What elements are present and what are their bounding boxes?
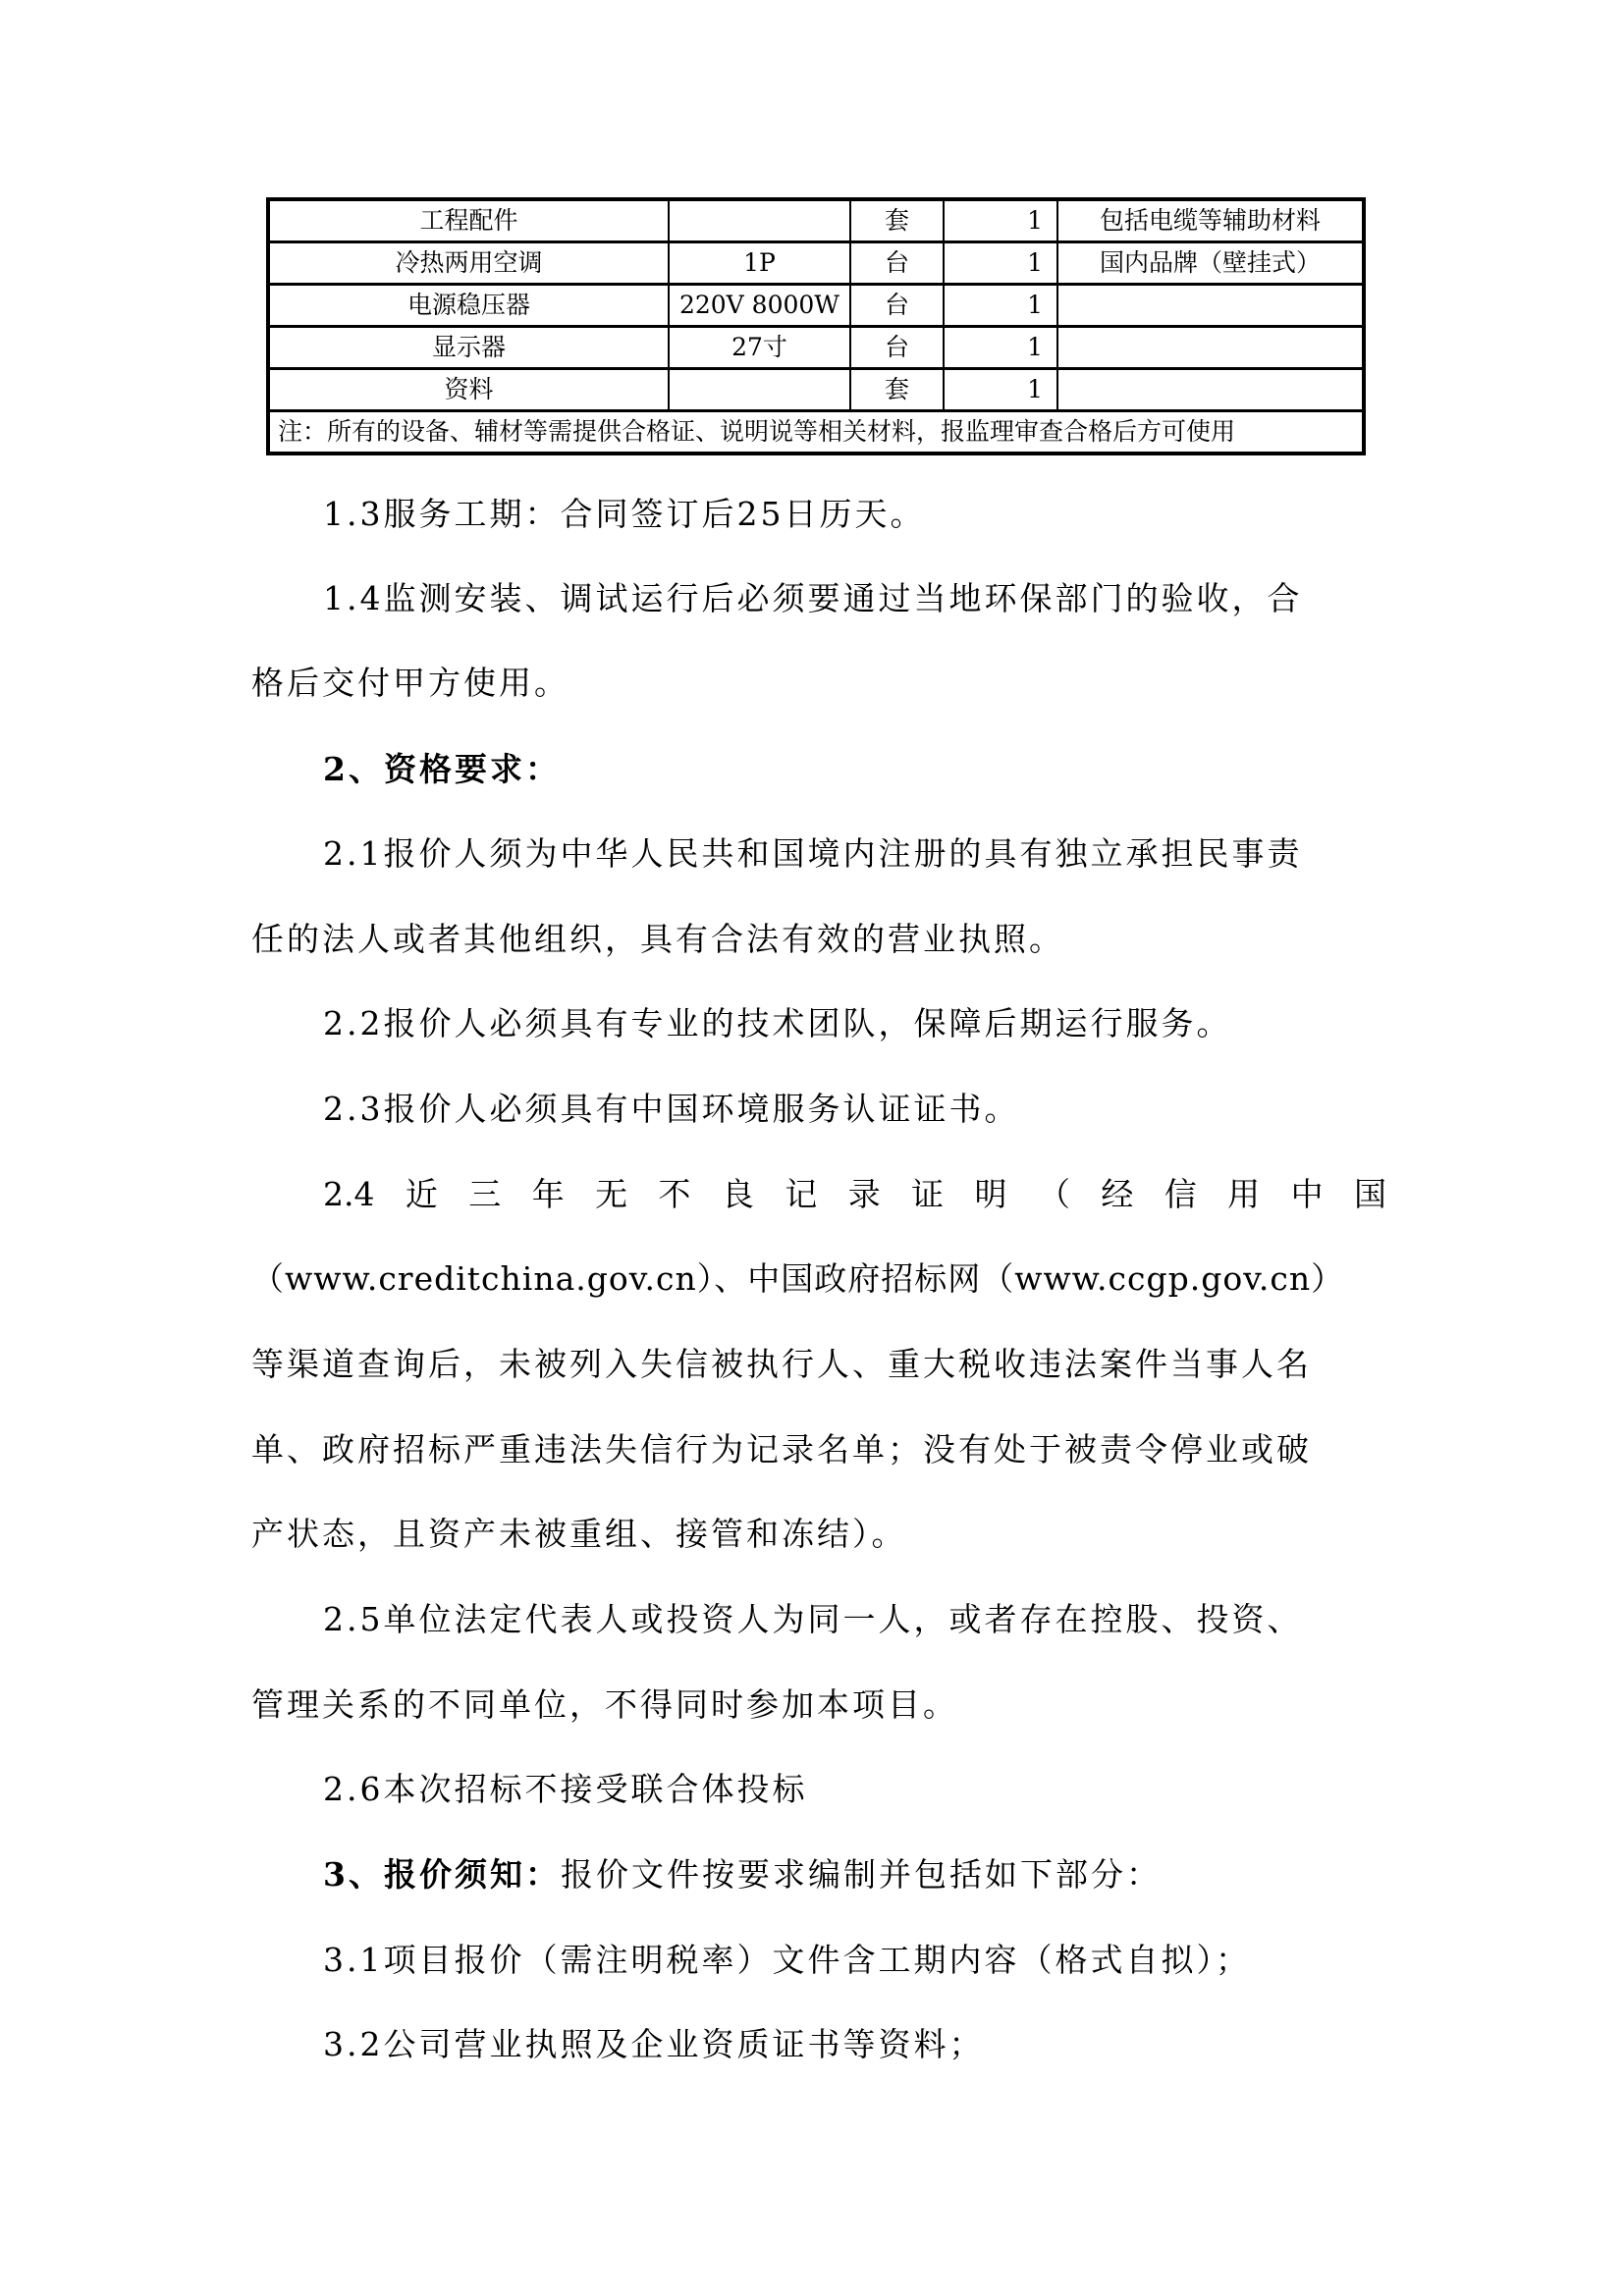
paragraph-1-3: 1.3服务工期：合同签订后25日历天。 xyxy=(323,495,925,534)
item-remark xyxy=(1057,285,1364,327)
item-spec: 220V 8000W xyxy=(669,285,850,327)
item-spec: 27寸 xyxy=(669,327,850,369)
table-note-row: 注：所有的设备、辅材等需提供合格证、说明说等相关材料，报监理审查合格后方可使用 xyxy=(268,411,1364,454)
paragraph-2-2: 2.2报价人必须具有专业的技术团队，保障后期运行服务。 xyxy=(323,1004,1231,1043)
table-row: 电源稳压器 220V 8000W 台 1 xyxy=(268,285,1364,327)
item-qty: 1 xyxy=(944,199,1057,242)
item-qty: 1 xyxy=(944,285,1057,327)
paragraph-3-1: 3.1项目报价（需注明税率）文件含工期内容（格式自拟）； xyxy=(323,1941,1251,1980)
item-remark: 国内品牌（壁挂式） xyxy=(1057,242,1364,285)
paragraph-2-1-line-2: 任的法人或者其他组织，具有合法有效的营业执照。 xyxy=(251,920,1064,959)
item-spec xyxy=(669,369,850,411)
section-heading-3-text: 报价文件按要求编制并包括如下部分： xyxy=(561,1855,1162,1894)
paragraph-2-1-line-1: 2.1报价人须为中华人民共和国境内注册的具有独立承担民事责 xyxy=(323,834,1302,874)
item-unit: 台 xyxy=(850,242,944,285)
paragraph-1-4-line-2: 格后交付甲方使用。 xyxy=(251,664,569,703)
table-row: 显示器 27寸 台 1 xyxy=(268,327,1364,369)
item-name: 电源稳压器 xyxy=(268,285,669,327)
equipment-table: 工程配件 套 1 包括电缆等辅助材料 冷热两用空调 1P 台 1 国内品牌（壁挂… xyxy=(266,197,1366,455)
paragraph-2-4-line-2: （www.creditchina.gov.cn）、中国政府招标网（www.ccg… xyxy=(251,1259,1344,1299)
item-unit: 台 xyxy=(850,285,944,327)
item-name: 冷热两用空调 xyxy=(268,242,669,285)
item-name: 显示器 xyxy=(268,327,669,369)
table-row: 冷热两用空调 1P 台 1 国内品牌（壁挂式） xyxy=(268,242,1364,285)
paragraph-2-6: 2.6本次招标不接受联合体投标 xyxy=(323,1770,807,1809)
item-unit: 套 xyxy=(850,199,944,242)
paragraph-3-2: 3.2公司营业执照及企业资质证书等资料； xyxy=(323,2025,984,2064)
item-remark: 包括电缆等辅助材料 xyxy=(1057,199,1364,242)
paragraph-2-4-line-4: 单、政府招标严重违法失信行为记录名单；没有处于被责令停业或破 xyxy=(251,1430,1312,1469)
item-name: 资料 xyxy=(268,369,669,411)
paragraph-2-5-line-2: 管理关系的不同单位，不得同时参加本项目。 xyxy=(251,1685,958,1725)
paragraph-1-4-line-1: 1.4监测安装、调试运行后必须要通过当地环保部门的验收，合 xyxy=(323,579,1302,618)
paragraph-2-3: 2.3报价人必须具有中国环境服务认证证书。 xyxy=(323,1090,1019,1129)
table-row: 资料 套 1 xyxy=(268,369,1364,411)
item-qty: 1 xyxy=(944,369,1057,411)
item-qty: 1 xyxy=(944,242,1057,285)
table-row: 工程配件 套 1 包括电缆等辅助材料 xyxy=(268,199,1364,242)
section-heading-3-label: 3、报价须知： xyxy=(323,1855,561,1894)
section-heading-3: 3、报价须知：报价文件按要求编制并包括如下部分： xyxy=(323,1855,1162,1895)
item-remark xyxy=(1057,369,1364,411)
item-remark xyxy=(1057,327,1364,369)
item-unit: 套 xyxy=(850,369,944,411)
table-note: 注：所有的设备、辅材等需提供合格证、说明说等相关材料，报监理审查合格后方可使用 xyxy=(268,411,1364,454)
paragraph-2-4-line-1: 2.4 近 三 年 无 不 良 记 录 证 明 （ 经 信 用 中 国 xyxy=(323,1175,1386,1214)
document-page: 工程配件 套 1 包括电缆等辅助材料 冷热两用空调 1P 台 1 国内品牌（壁挂… xyxy=(0,0,1624,2296)
item-qty: 1 xyxy=(944,327,1057,369)
item-unit: 台 xyxy=(850,327,944,369)
item-spec: 1P xyxy=(669,242,850,285)
paragraph-2-5-line-1: 2.5单位法定代表人或投资人为同一人，或者存在控股、投资、 xyxy=(323,1600,1302,1639)
item-spec xyxy=(669,199,850,242)
item-name: 工程配件 xyxy=(268,199,669,242)
section-heading-2: 2、资格要求： xyxy=(323,750,561,789)
paragraph-2-4-line-3: 等渠道查询后，未被列入失信被执行人、重大税收违法案件当事人名 xyxy=(251,1345,1312,1384)
paragraph-2-4-line-5: 产状态，且资产未被重组、接管和冻结）。 xyxy=(251,1515,907,1554)
